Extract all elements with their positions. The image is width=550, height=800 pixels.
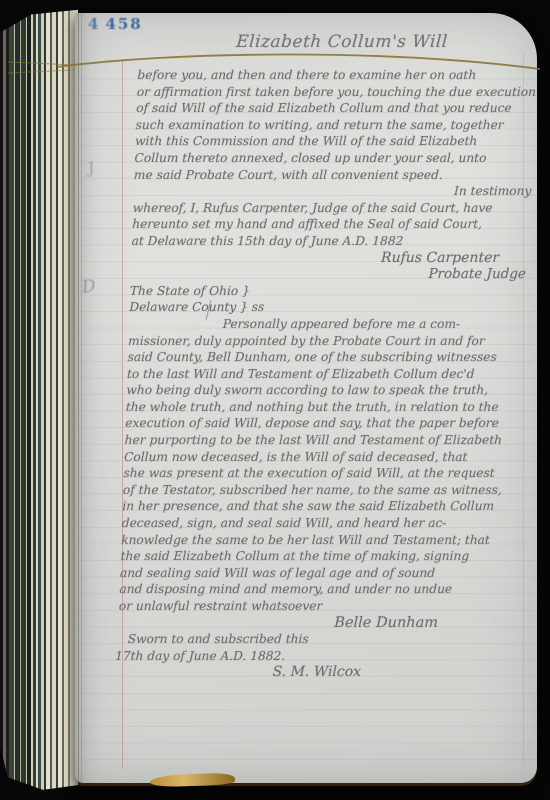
page-number: 4458 xyxy=(88,15,143,33)
handwritten-line: deceased, sign, and seal said Will, and … xyxy=(119,515,524,532)
handwritten-line: Probate Judge xyxy=(128,266,533,283)
handwritten-line: missioner, duly appointed by the Probate… xyxy=(126,333,531,350)
handwritten-line: S. M. Wilcox xyxy=(114,664,519,681)
page-number-partial-stamp: 4 xyxy=(88,15,100,33)
handwritten-line: or affirmation first taken before you, t… xyxy=(135,84,540,101)
page-header-title: Elizabeth Collum's Will xyxy=(74,32,537,52)
handwritten-line: before you, and then and there to examin… xyxy=(135,67,540,84)
handwritten-line: and disposing mind and memory, and under… xyxy=(117,581,522,598)
handwritten-line: me said Probate Court, with all convenie… xyxy=(132,167,537,184)
handwritten-line: the whole truth, and nothing but the tru… xyxy=(124,399,529,416)
handwritten-line: of said Will of the said Elizabeth Collu… xyxy=(134,100,539,117)
margin-pencil-mark-2: D xyxy=(81,276,97,298)
handwritten-line: Rufus Carpenter xyxy=(129,250,534,267)
handwritten-line: Personally appeared before me a com- xyxy=(126,316,531,333)
handwritten-line: with this Commission and the Will of the… xyxy=(133,133,538,150)
handwritten-line: said County, Bell Dunham, one of the sub… xyxy=(125,349,530,366)
handwritten-line: who being duly sworn according to law to… xyxy=(124,382,529,399)
handwritten-line: Delaware County } ss xyxy=(127,299,532,316)
handwritten-line: and sealing said Will was of legal age a… xyxy=(118,565,523,582)
handwritten-line: Collum now deceased, is the Will of said… xyxy=(122,449,527,466)
book-binding-page-edges xyxy=(0,5,78,793)
handwritten-line: knowledge the same to be her last Will a… xyxy=(119,532,524,549)
handwritten-line: in her presence, and that she saw the sa… xyxy=(120,498,525,515)
handwritten-text: before you, and then and there to examin… xyxy=(114,67,539,681)
handwritten-line: or unlawful restraint whatsoever xyxy=(117,598,522,615)
handwritten-line: The State of Ohio } xyxy=(128,283,533,300)
under-sheet-edge-line xyxy=(78,13,79,783)
handwritten-line: the said Elizabeth Collum at the time of… xyxy=(118,548,523,565)
handwritten-line: of the Testator, subscribed her name, to… xyxy=(121,482,526,499)
handwritten-line: In testimony xyxy=(131,183,536,200)
handwritten-line: to the last Will and Testament of Elizab… xyxy=(125,366,530,383)
handwritten-line: 17th day of June A.D. 1882. xyxy=(115,648,520,665)
handwritten-line: she was present at the execution of said… xyxy=(121,465,526,482)
handwritten-line: her purporting to be the last Will and T… xyxy=(122,432,527,449)
handwritten-line: at Delaware this 15th day of June A.D. 1… xyxy=(129,233,534,250)
handwritten-line: Collum thereto annexed, closed up under … xyxy=(132,150,537,167)
handwritten-line: Belle Dunham xyxy=(116,615,521,632)
handwritten-line: whereof, I, Rufus Carpenter, Judge of th… xyxy=(131,200,536,217)
page-number-stamp: 458 xyxy=(105,15,142,33)
margin-pencil-mark-1: J xyxy=(86,159,96,178)
handwritten-line: execution of said Will, depose and say, … xyxy=(123,415,528,432)
ledger-page: 4458 Elizabeth Collum's Will J D before … xyxy=(75,13,537,783)
handwritten-line: Sworn to and subscribed this xyxy=(115,631,520,648)
scanned-book-photo: 4458 Elizabeth Collum's Will J D before … xyxy=(0,0,550,800)
under-sheet-edge-line-2 xyxy=(81,13,82,783)
handwritten-line: such examination to writing, and return … xyxy=(133,117,538,134)
handwritten-line: hereunto set my hand and affixed the Sea… xyxy=(130,216,535,233)
